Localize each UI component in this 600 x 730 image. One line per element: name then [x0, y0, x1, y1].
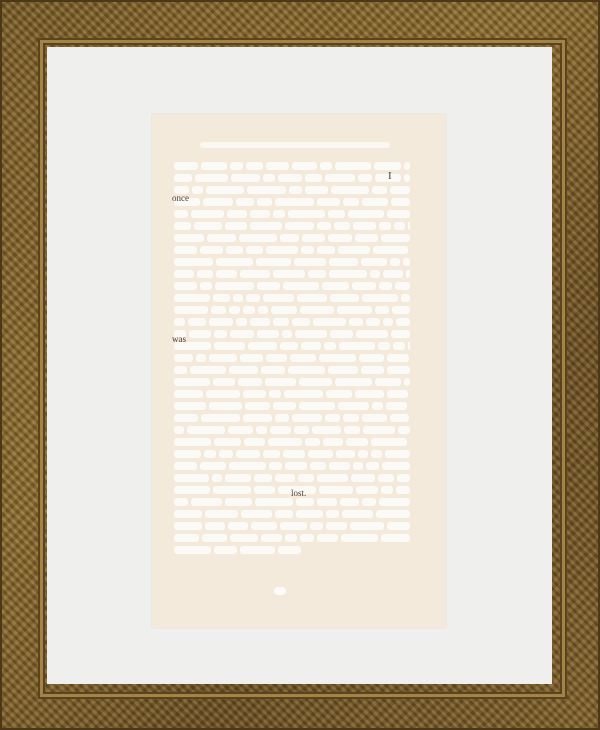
- erased-line: [174, 270, 410, 278]
- word-lost: lost.: [291, 488, 306, 498]
- erased-line: [174, 342, 410, 350]
- erased-line: [174, 294, 410, 302]
- erased-line: [174, 546, 301, 554]
- erased-line: [174, 510, 410, 518]
- erased-line: [174, 318, 410, 326]
- erased-line: [174, 234, 410, 242]
- erased-line: [174, 210, 410, 218]
- erased-line: [174, 474, 410, 482]
- erased-line: [174, 174, 410, 182]
- erased-line: [174, 462, 410, 470]
- erased-line: [174, 438, 407, 446]
- erased-line: [174, 306, 410, 314]
- book-page: I once was lost.: [152, 114, 446, 628]
- word-was: was: [172, 334, 186, 344]
- white-mat: I once was lost.: [47, 47, 552, 684]
- erased-line: [174, 378, 410, 386]
- erased-line: [174, 426, 410, 434]
- erased-line: [174, 366, 410, 374]
- erased-line: [174, 246, 408, 254]
- erased-line: [174, 534, 410, 542]
- erased-line: [174, 390, 408, 398]
- erased-line: [174, 258, 410, 266]
- word-once: once: [172, 193, 189, 203]
- word-i: I: [388, 170, 392, 182]
- erased-line: [174, 450, 410, 458]
- erased-line: [174, 186, 410, 194]
- erased-line: [174, 402, 407, 410]
- erased-line: [174, 282, 410, 290]
- erased-line: [174, 498, 410, 506]
- erased-line: [174, 222, 410, 230]
- erased-running-header: [200, 142, 390, 148]
- erased-page-number: [274, 587, 286, 595]
- erased-line: [174, 330, 410, 338]
- erased-line: [174, 414, 409, 422]
- erased-line: [174, 198, 410, 206]
- erased-line: [174, 354, 409, 362]
- erased-text-block: [174, 162, 414, 562]
- erased-line: [174, 162, 410, 170]
- ornate-gilt-frame: I once was lost.: [0, 0, 600, 730]
- erased-line: [174, 522, 410, 530]
